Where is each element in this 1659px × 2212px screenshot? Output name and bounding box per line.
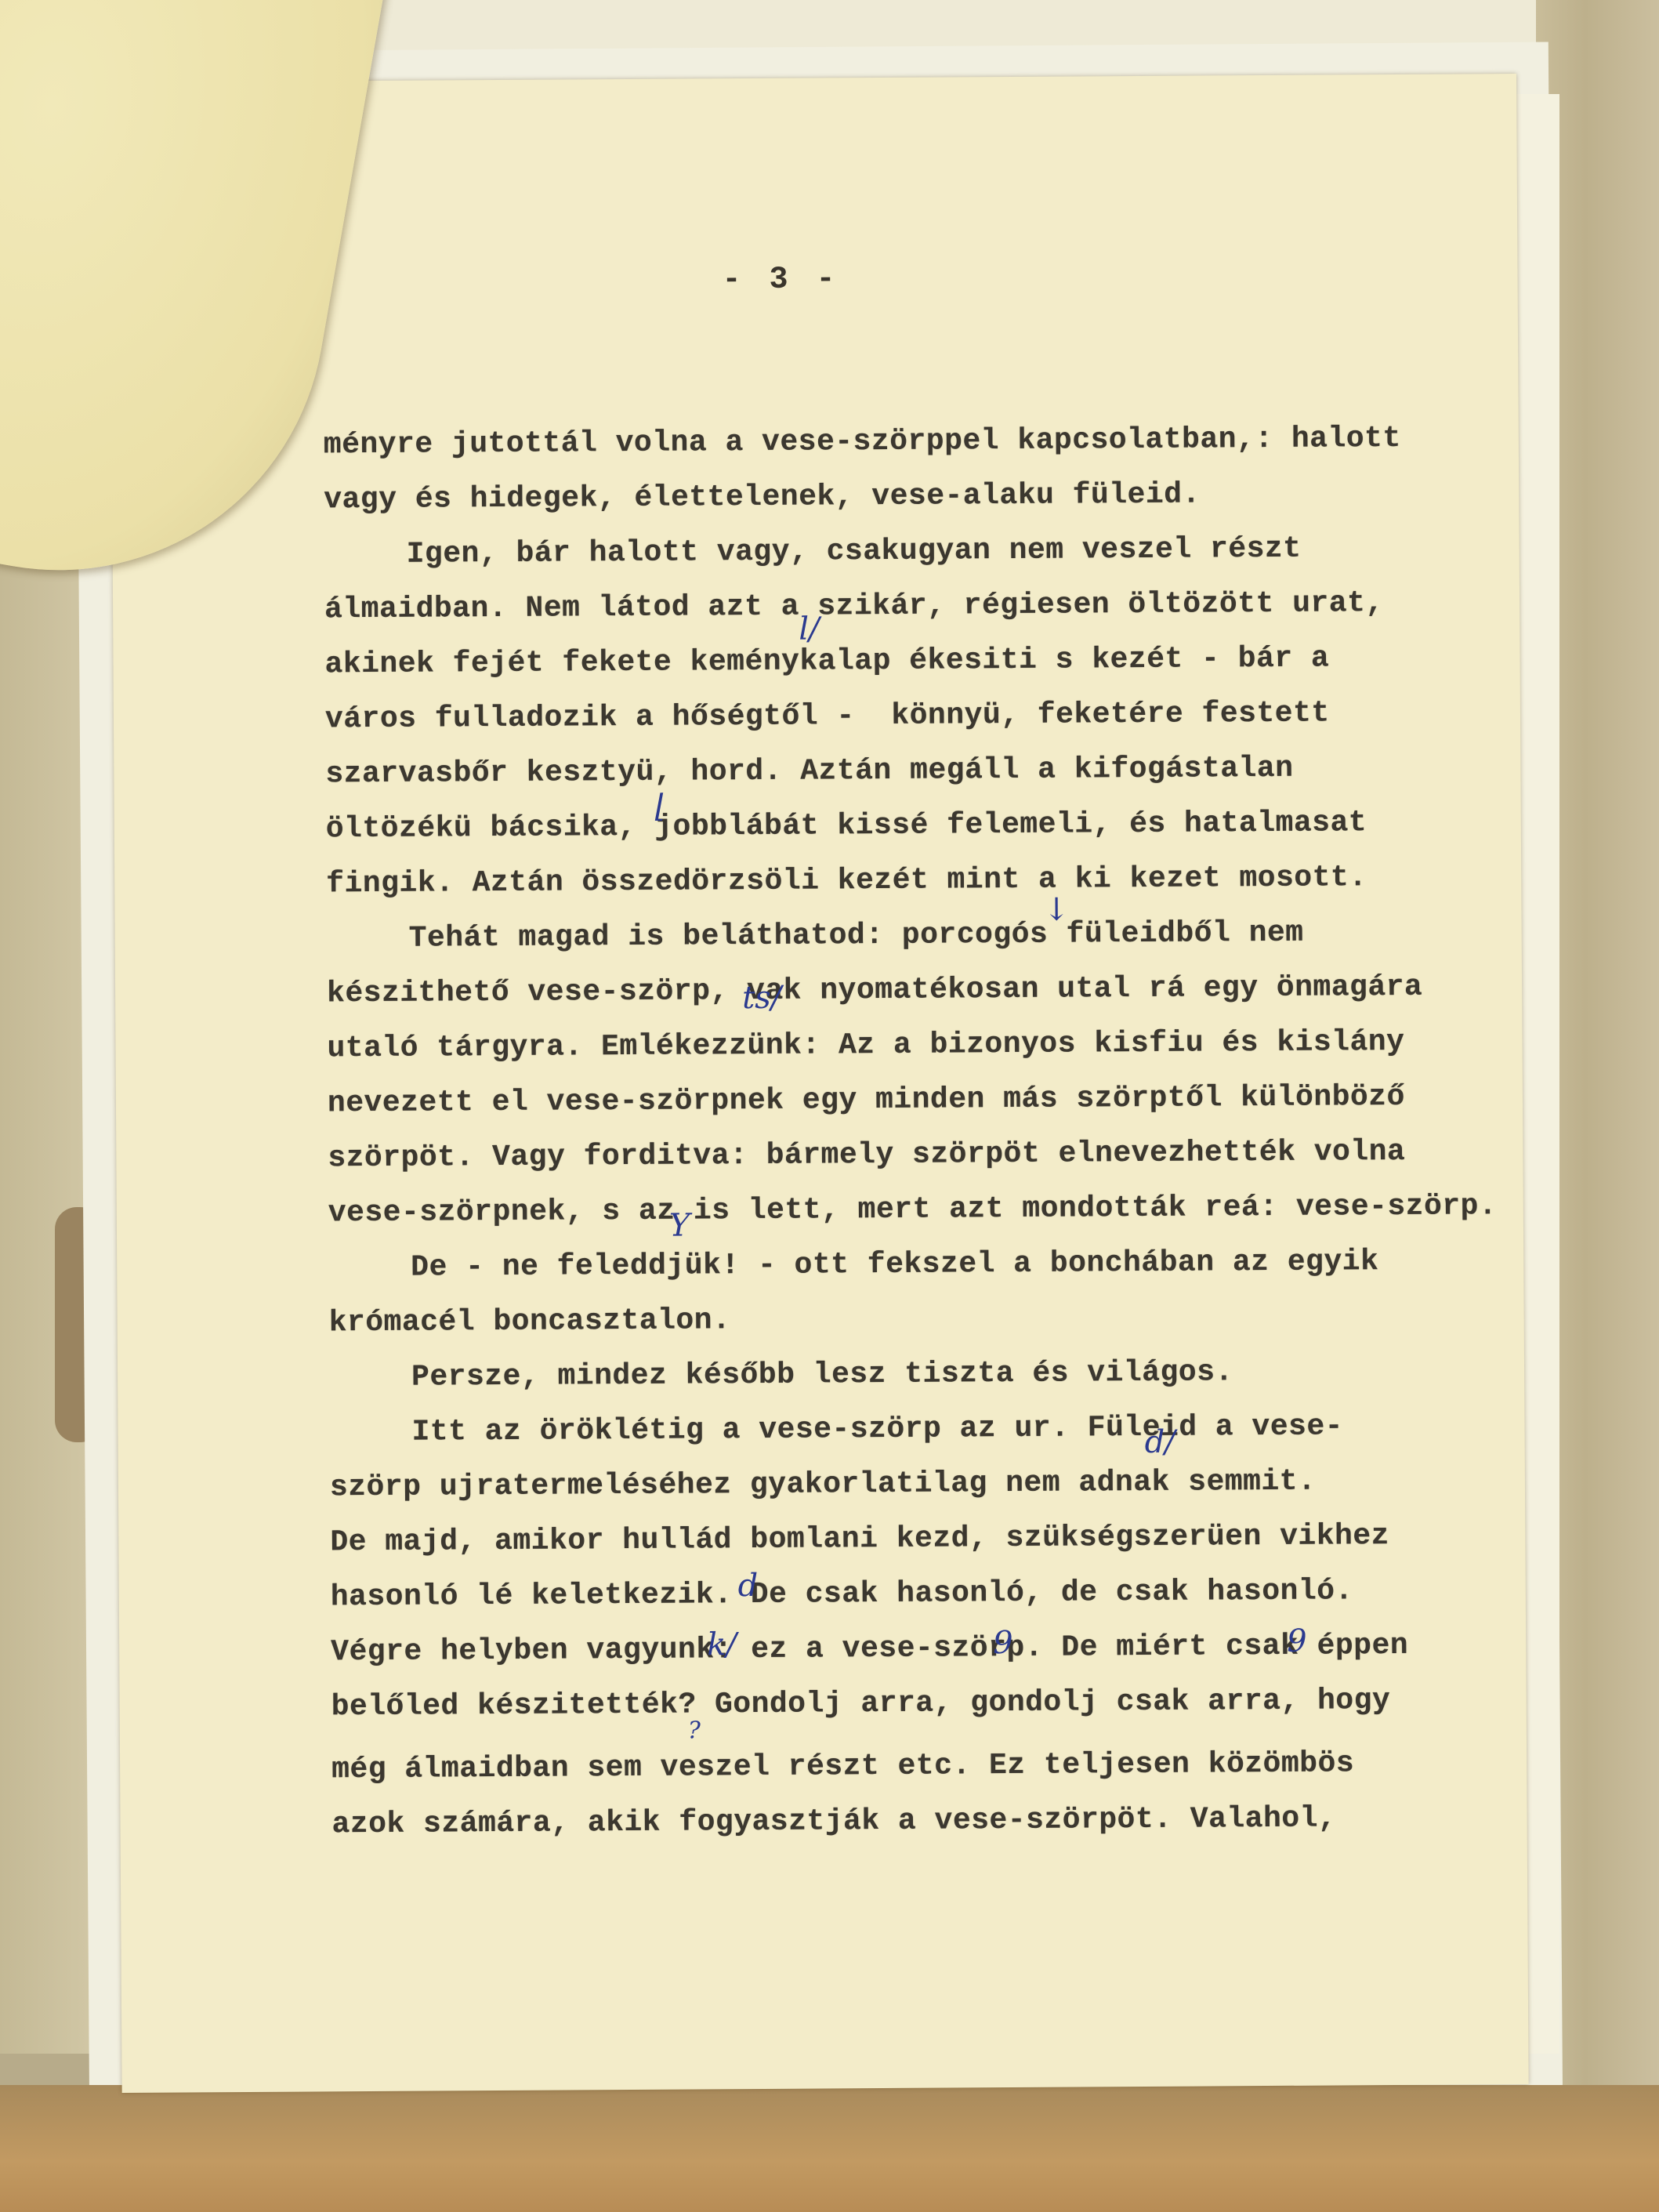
text-line: város fulladozik a hőségtől - könnyü, fe… bbox=[325, 685, 1501, 747]
text-line: ményre jutottál volna a vese-szörppel ka… bbox=[324, 411, 1499, 473]
handwritten-correction-mark: 9 bbox=[1287, 1623, 1307, 1659]
text-line: Persze, mindez később lesz tiszta és vil… bbox=[329, 1344, 1505, 1405]
handwritten-correction-mark: 9 bbox=[993, 1625, 1013, 1661]
typed-page: - 3 - ményre jutottál volna a vese-szörp… bbox=[110, 74, 1529, 2093]
wooden-desk bbox=[0, 2085, 1659, 2212]
text-line: szarvasbőr kesztyü, hord. Aztán megáll a… bbox=[325, 740, 1501, 802]
text-line: Itt az öröklétig a vese-szörp az ur. Fül… bbox=[329, 1398, 1505, 1460]
text-line: szörpöt. Vagy forditva: bármely szörpöt … bbox=[328, 1124, 1503, 1186]
text-line: nevezett el vese-szörpnek egy minden más… bbox=[328, 1069, 1503, 1131]
text-line: hasonló lé keletkezik. De csak hasonló, … bbox=[331, 1563, 1506, 1625]
text-line: fingik. Aztán összedörzsöli kezét mint a… bbox=[326, 850, 1501, 912]
text-line: belőled készitették? Gondolj arra, gondo… bbox=[331, 1673, 1506, 1735]
text-line: Végre helyben vagyunk: ez a vese-szörp. … bbox=[331, 1618, 1506, 1680]
text-line: Igen, bár halott vagy, csakugyan nem ves… bbox=[324, 520, 1499, 582]
text-line: még álmaidban sem veszel részt etc. Ez t… bbox=[331, 1735, 1507, 1797]
text-line: utaló tárgyra. Emlékezzünk: Az a bizonyo… bbox=[327, 1014, 1502, 1076]
handwritten-correction-mark: ⌊ bbox=[655, 789, 668, 825]
handwritten-correction-mark: d bbox=[738, 1568, 759, 1604]
handwritten-correction-mark: Y bbox=[669, 1208, 690, 1244]
text-line: vagy és hidegek, élettelenek, vese-alaku… bbox=[324, 466, 1499, 528]
text-line: szörp ujratermeléséhez gyakorlatilag nem… bbox=[330, 1453, 1505, 1515]
handwritten-correction-mark: ↓ bbox=[1043, 892, 1070, 928]
handwritten-correction-mark: d/ bbox=[1144, 1424, 1175, 1460]
text-line: készithető vese-szörp, vak nyomatékosan … bbox=[327, 959, 1502, 1021]
handwritten-correction-mark: k/ bbox=[707, 1626, 737, 1663]
handwritten-correction-mark: ? bbox=[688, 1717, 701, 1744]
handwritten-correction-mark: ts/ bbox=[742, 980, 781, 1016]
page-number: - 3 - bbox=[722, 262, 839, 298]
text-line: álmaidban. Nem látod azt a szikár, régie… bbox=[324, 575, 1500, 637]
text-line: De - ne feleddjük! - ott fekszel a bonch… bbox=[328, 1234, 1504, 1296]
text-line: De majd, amikor hullád bomlani kezd, szü… bbox=[330, 1508, 1505, 1570]
text-line: vese-szörpnek, s az is lett, mert azt mo… bbox=[328, 1179, 1504, 1241]
text-line: Tehát magad is beláthatod: porcogós füle… bbox=[326, 905, 1501, 966]
text-line: öltözékü bácsika, jobblábát kissé feleme… bbox=[326, 795, 1501, 857]
handwritten-correction-mark: l/ bbox=[799, 611, 820, 647]
text-line: krómacél boncasztalon. bbox=[328, 1289, 1504, 1351]
body-text: ményre jutottál volna a vese-szörppel ka… bbox=[324, 411, 1508, 1852]
text-line: azok számára, akik fogyasztják a vese-sz… bbox=[331, 1790, 1507, 1852]
text-line: akinek fejét fekete keménykalap ékesiti … bbox=[324, 630, 1500, 692]
